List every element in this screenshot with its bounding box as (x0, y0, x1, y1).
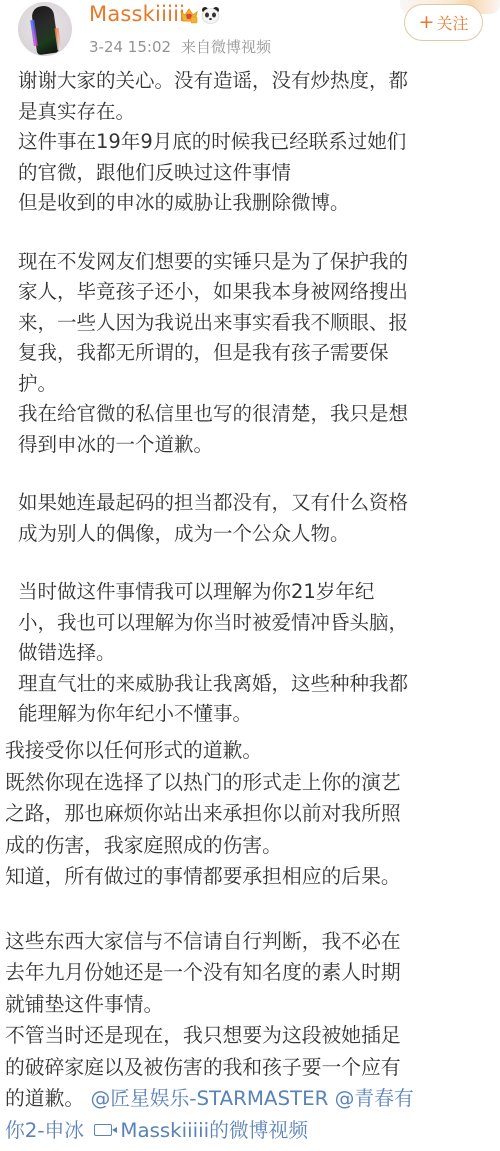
post-body-top: 谢谢大家的关心。没有造谣，没有炒热度，都 是真实存在。 这件事在19年9月底的时… (18, 66, 488, 733)
panda-emoji-icon (201, 6, 220, 24)
body-line: 得到申冰的一个道歉。 (18, 430, 488, 461)
paragraph-gap (18, 219, 488, 247)
body-line: 护。 (18, 369, 488, 400)
body-line: 当时做这件事情我可以理解为你21岁年纪 (18, 577, 488, 608)
mention-shenbing-cont[interactable]: 你2-申冰 (5, 1119, 84, 1142)
body-line: 理直气壮的来威胁我让我离婚，这些种种我都 (18, 669, 488, 700)
body-line: 这些东西大家信与不信请自行判断，我不必在 (5, 926, 497, 958)
body-line: 小，我也可以理解为你当时被爱情冲昏头脑， (18, 608, 488, 639)
body-line: 能理解为你年纪小不懂事。 (18, 699, 488, 730)
plus-icon: + (419, 13, 435, 32)
author-name[interactable]: Masskiiiii (89, 2, 185, 26)
body-line-with-links: 你2-申冰 Masskiiiii的微博视频 (5, 1115, 497, 1147)
body-text: 的道歉。 (5, 1087, 84, 1110)
video-icon (94, 1124, 112, 1136)
body-line: 之路，那也麻烦你站出来承担你以前对我所照 (5, 798, 497, 830)
mention-starmaster[interactable]: @匠星娱乐-STARMASTER (90, 1087, 328, 1110)
body-line: 来，一些人因为我说出来事实看我不顺眼、报 (18, 308, 488, 339)
post-meta: 3-24 15:02来自微博视频 (89, 36, 271, 57)
body-line: 但是收到的申冰的威胁让我删除微博。 (18, 188, 488, 219)
post-body-bottom: 我接受你以任何形式的道歉。 既然你现在选择了以热门的形式走上你的演艺 之路，那也… (5, 735, 497, 1146)
avatar[interactable] (18, 2, 72, 56)
crown-member-icon[interactable] (180, 7, 198, 24)
body-line: 我在给官微的私信里也写的很清楚，我只是想 (18, 399, 488, 430)
paragraph-gap (5, 893, 497, 926)
body-line: 不管当时还是现在，我只想要为这段被她插足 (5, 1020, 497, 1052)
paragraph-gap (18, 549, 488, 577)
body-line: 成为别人的偶像，成为一个公众人物。 (18, 519, 488, 550)
body-line: 成的伤害，我家庭照成的伤害。 (5, 830, 497, 862)
video-link[interactable]: Masskiiiii的微博视频 (120, 1119, 308, 1142)
paragraph-gap (18, 460, 488, 488)
body-line: 这件事在19年9月底的时候我已经联系过她们 (18, 127, 488, 158)
body-line-with-mentions: 的道歉。 @匠星娱乐-STARMASTER @青春有 (5, 1083, 497, 1115)
post-timestamp: 3-24 15:02 (89, 38, 171, 56)
body-line: 的官微，跟他们反映过这件事情 (18, 158, 488, 189)
body-line: 既然你现在选择了以热门的形式走上你的演艺 (5, 767, 497, 799)
follow-label: 关注 (436, 11, 468, 34)
body-line: 家人，毕竟孩子还小，如果我本身被网络搜出 (18, 277, 488, 308)
body-line: 做错选择。 (18, 638, 488, 669)
body-line: 复我，我都无所谓的，但是我有孩子需要保 (18, 338, 488, 369)
body-line: 去年九月份她还是一个没有知名度的素人时期 (5, 957, 497, 989)
body-line: 是真实存在。 (18, 97, 488, 128)
body-line: 就铺垫这件事情。 (5, 989, 497, 1021)
body-line: 如果她连最起码的担当都没有，又有什么资格 (18, 488, 488, 519)
mention-shenbing[interactable]: @青春有 (335, 1087, 414, 1110)
body-line: 我接受你以任何形式的道歉。 (5, 735, 497, 767)
post-header: Masskiiiii 3-24 15:02来自微博视频 + 关注 (0, 0, 500, 60)
follow-button[interactable]: + 关注 (404, 4, 483, 41)
post-source[interactable]: 来自微博视频 (181, 38, 271, 56)
body-line: 知道，所有做过的事情都要承担相应的后果。 (5, 861, 497, 893)
body-line: 的破碎家庭以及被伤害的我和孩子要一个应有 (5, 1052, 497, 1084)
body-line: 谢谢大家的关心。没有造谣，没有炒热度，都 (18, 66, 488, 97)
body-line: 现在不发网友们想要的实锤只是为了保护我的 (18, 247, 488, 278)
